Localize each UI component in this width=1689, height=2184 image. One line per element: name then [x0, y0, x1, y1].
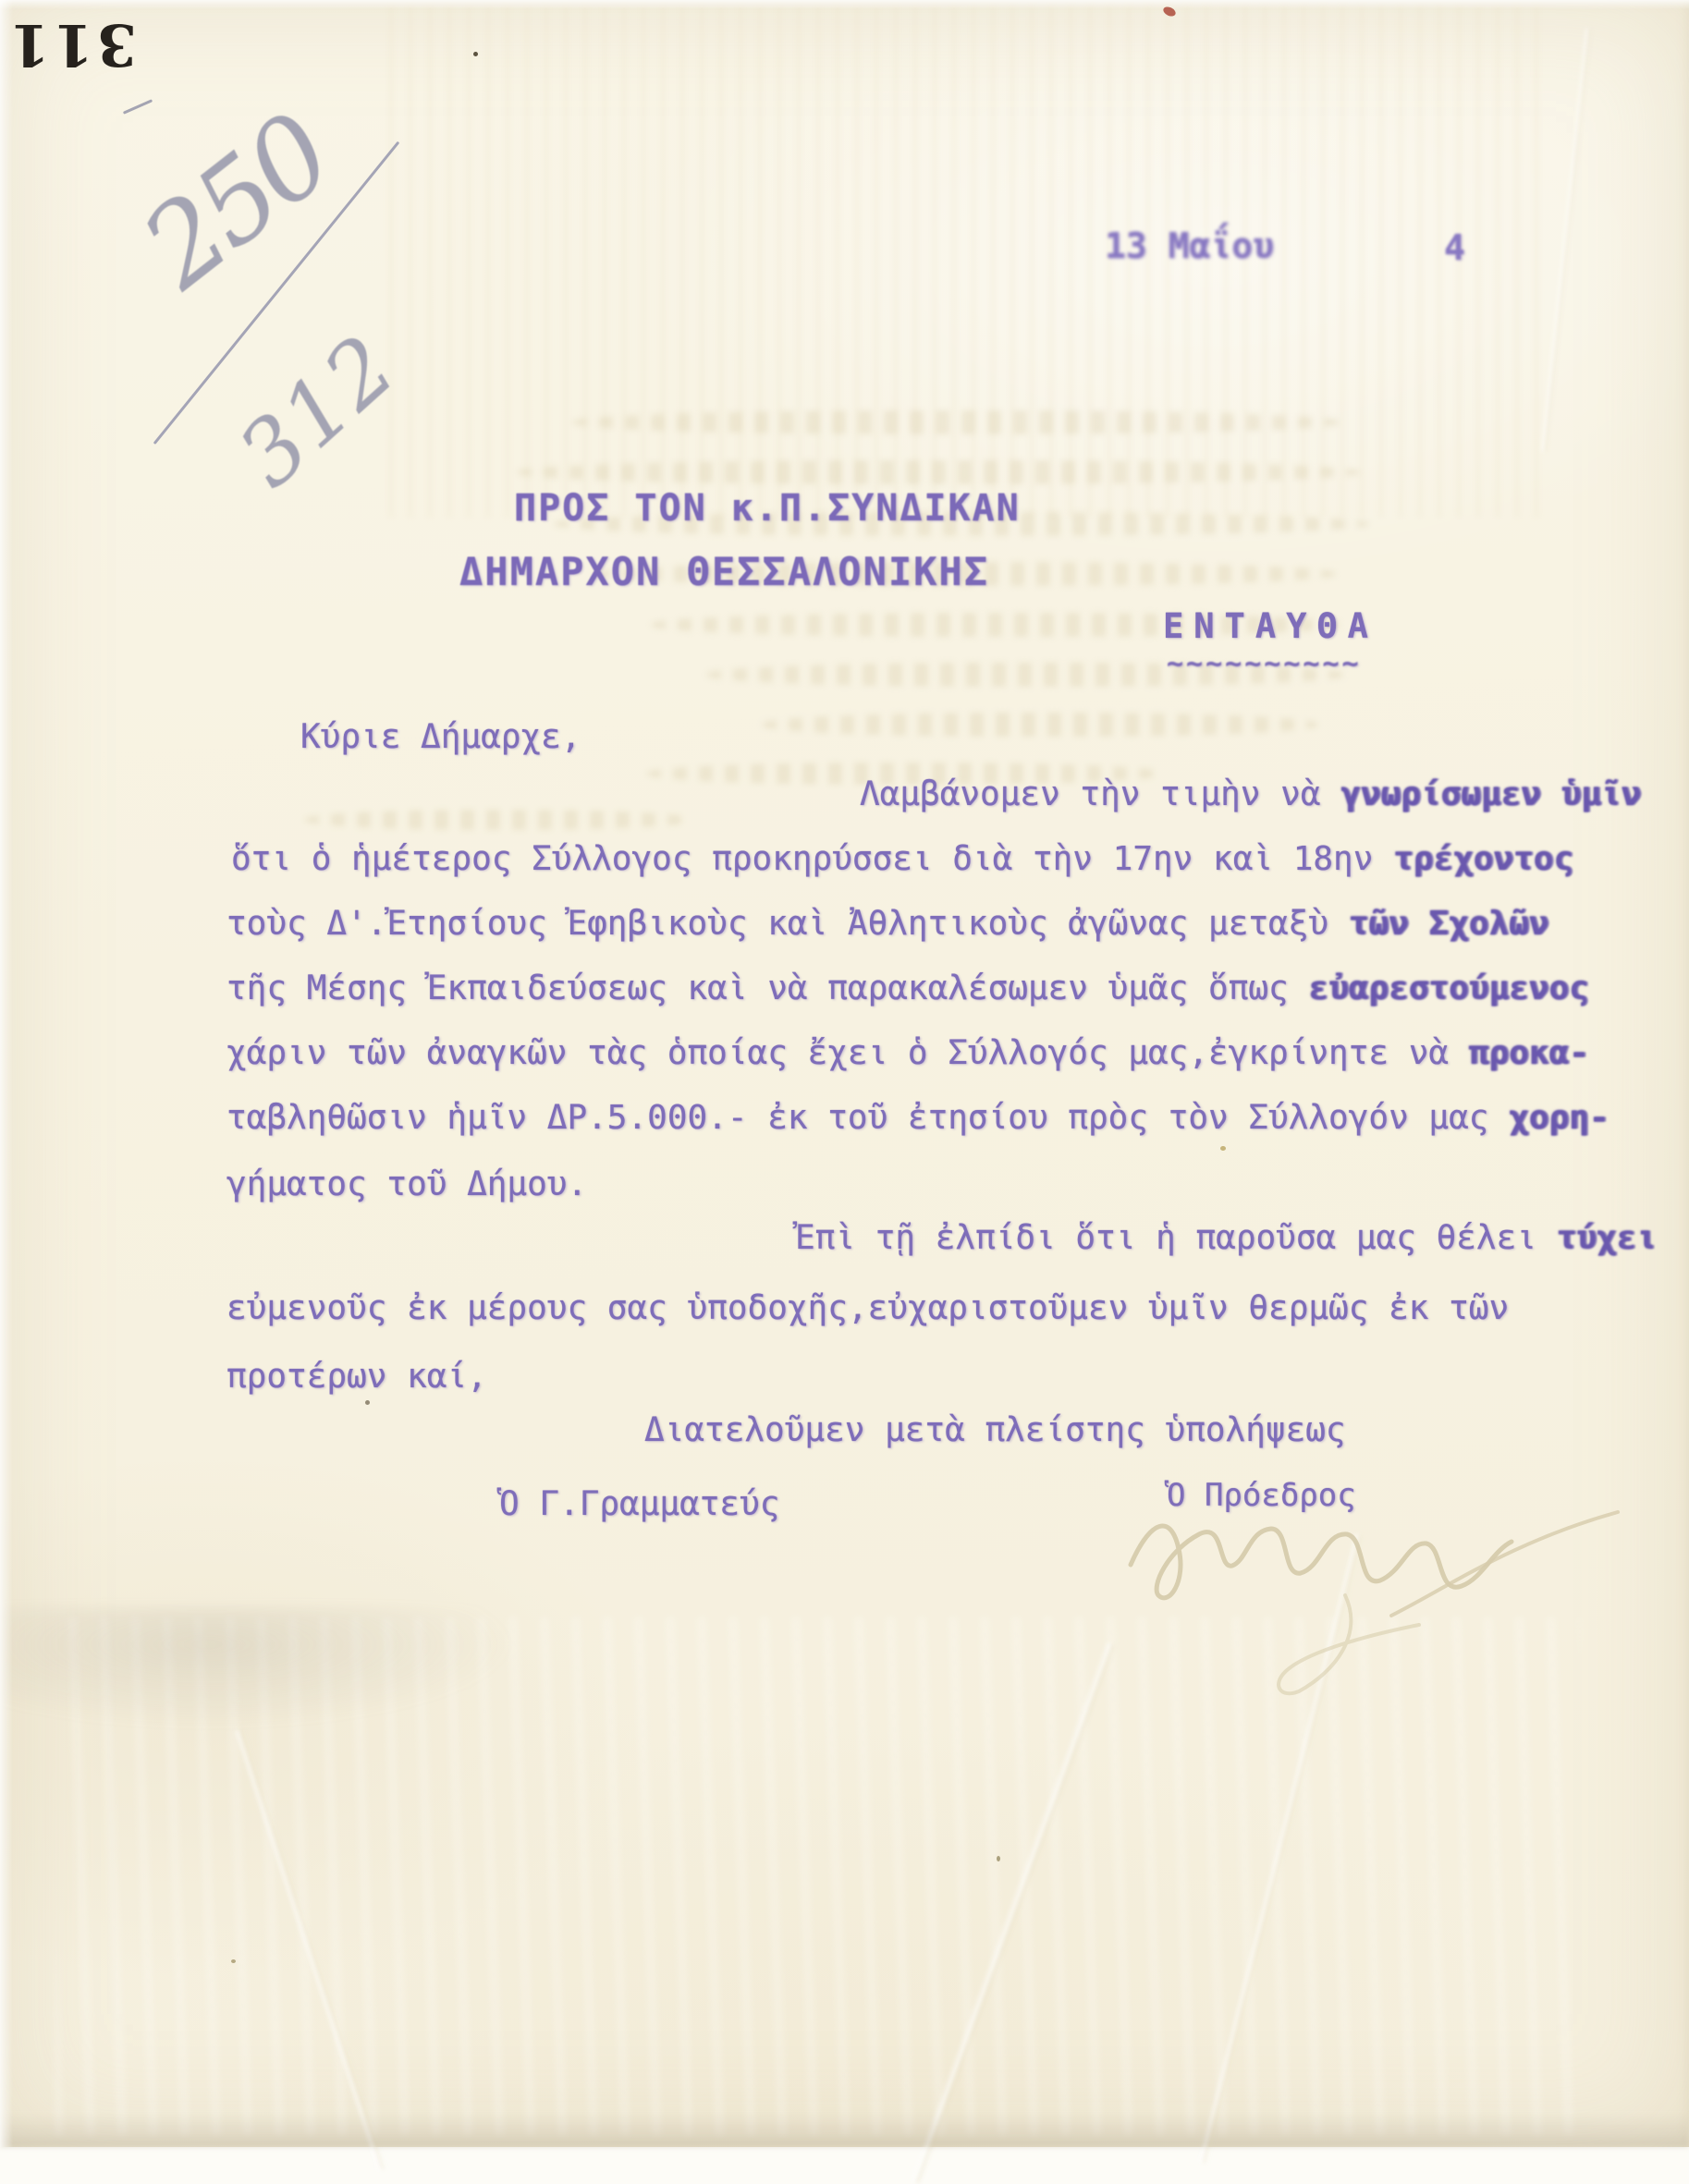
- overstruck-text: προκα-: [1469, 1034, 1589, 1072]
- body-line: εὐμενοῦς ἐκ μέρους σας ὑποδοχῆς,εὐχαριστ…: [226, 1290, 1509, 1327]
- overstruck-text: εὐαρεστούμενος: [1308, 970, 1588, 1007]
- dirt-speck: [1220, 1146, 1226, 1151]
- dirt-speck: [997, 1856, 1000, 1861]
- overstruck-text: τύχει: [1557, 1219, 1657, 1257]
- body-text: τῆς Μέσης Ἐκπαιδεύσεως καὶ νὰ παρακαλέσω…: [226, 970, 1308, 1007]
- body-line: Ἐπὶ τῇ ἐλπίδι ὅτι ἡ παροῦσα μας θέλει τύ…: [795, 1220, 1657, 1257]
- body-line: προτέρων καί,: [226, 1359, 487, 1396]
- body-line: ταβληθῶσιν ἡμῖν ΔΡ.5.000.- ἐκ τοῦ ἐτησίο…: [226, 1100, 1609, 1137]
- body-line: τῆς Μέσης Ἐκπαιδεύσεως καὶ νὰ παρακαλέσω…: [226, 970, 1589, 1007]
- paper-texture-streaks: [388, 0, 1544, 518]
- scan-edge: [0, 0, 1689, 9]
- letter-page: 311 250 312 13 Μαΐου 4 ΠΡΟΣ ΤΟΝ κ.Π.ΣΥΝΔ…: [0, 0, 1689, 2147]
- registry-numerator: 250: [120, 92, 353, 313]
- body-line: τοὺς Δ'.Ἐτησίους Ἐφηβικοὺς καὶ Ἀθλητικοὺ…: [226, 906, 1548, 943]
- ghost-text-impression: [518, 460, 1359, 484]
- body-text: Λαμβάνομεν τὴν τιμὴν νὰ: [860, 775, 1340, 813]
- scan-edge: [0, 0, 13, 2147]
- president-signature: [1114, 1477, 1632, 1717]
- dirt-speck: [473, 52, 478, 56]
- pencil-tick-mark: [123, 99, 153, 115]
- registry-denominator: 312: [219, 315, 416, 506]
- ghost-text-impression: [305, 810, 693, 830]
- ghost-text-impression: [573, 410, 1340, 434]
- ghost-text-impression: [763, 713, 1317, 737]
- paper-shading: [0, 1608, 518, 1728]
- recipient-line-1: ΠΡΟΣ ΤΟΝ κ.Π.ΣΥΝΔΙΚΑΝ: [514, 488, 1021, 529]
- location-underline: ~~~~~~~~~~: [1167, 649, 1362, 679]
- paper-shading: [0, 2113, 1689, 2147]
- body-text: γήματος τοῦ Δήμου.: [226, 1165, 587, 1203]
- body-line: ὅτι ὁ ἡμέτερος Σύλλογος προκηρύσσει διὰ …: [231, 841, 1573, 878]
- body-text: Ἐπὶ τῇ ἐλπίδι ὅτι ἡ παροῦσα μας θέλει: [795, 1219, 1557, 1257]
- dirt-speck: [231, 1959, 236, 1963]
- body-text: ταβληθῶσιν ἡμῖν ΔΡ.5.000.- ἐκ τοῦ ἐτησίο…: [226, 1099, 1509, 1137]
- closing-formula: Διατελοῦμεν μετὰ πλείστης ὑπολήψεως: [644, 1412, 1346, 1449]
- body-text: εὐμενοῦς ἐκ μέρους σας ὑποδοχῆς,εὐχαριστ…: [226, 1289, 1509, 1327]
- body-text: προτέρων καί,: [226, 1358, 487, 1396]
- body-line: Λαμβάνομεν τὴν τιμὴν νὰ γνωρίσωμεν ὑμῖν: [860, 776, 1641, 813]
- recipient-line-2: ΔΗΜΑΡΧΟΝ ΘΕΣΣΑΛΟΝΙΚΗΣ: [459, 551, 989, 593]
- location-entautha: ΕΝΤΑΥΘΑ: [1163, 608, 1378, 646]
- archive-page-number: 311: [17, 9, 137, 79]
- body-line: χάριν τῶν ἀναγκῶν τὰς ὁποίας ἔχει ὁ Σύλλ…: [226, 1035, 1589, 1072]
- overstruck-text: γνωρίσωμεν ὑμῖν: [1340, 775, 1641, 813]
- secretary-title: Ὁ Γ.Γραμματεύς: [499, 1486, 779, 1523]
- body-text: τοὺς Δ'.Ἐτησίους Ἐφηβικοὺς καὶ Ἀθλητικοὺ…: [226, 905, 1349, 943]
- overstruck-text: τρέχοντος: [1393, 840, 1573, 878]
- dirt-speck: [365, 1400, 370, 1405]
- body-text: ὅτι ὁ ἡμέτερος Σύλλογος προκηρύσσει διὰ …: [231, 840, 1393, 878]
- overstruck-text: χορη-: [1509, 1099, 1609, 1137]
- body-line: γήματος τοῦ Δήμου.: [226, 1166, 587, 1203]
- body-text: χάριν τῶν ἀναγκῶν τὰς ὁποίας ἔχει ὁ Σύλλ…: [226, 1034, 1469, 1072]
- date: 13 Μαΐου: [1105, 227, 1274, 266]
- overstruck-text: τῶν Σχολῶν: [1349, 905, 1549, 943]
- salutation: Κύριε Δήμαρχε,: [300, 719, 581, 756]
- paper-crease: [1540, 29, 1592, 452]
- page-or-day-number: 4: [1444, 229, 1465, 268]
